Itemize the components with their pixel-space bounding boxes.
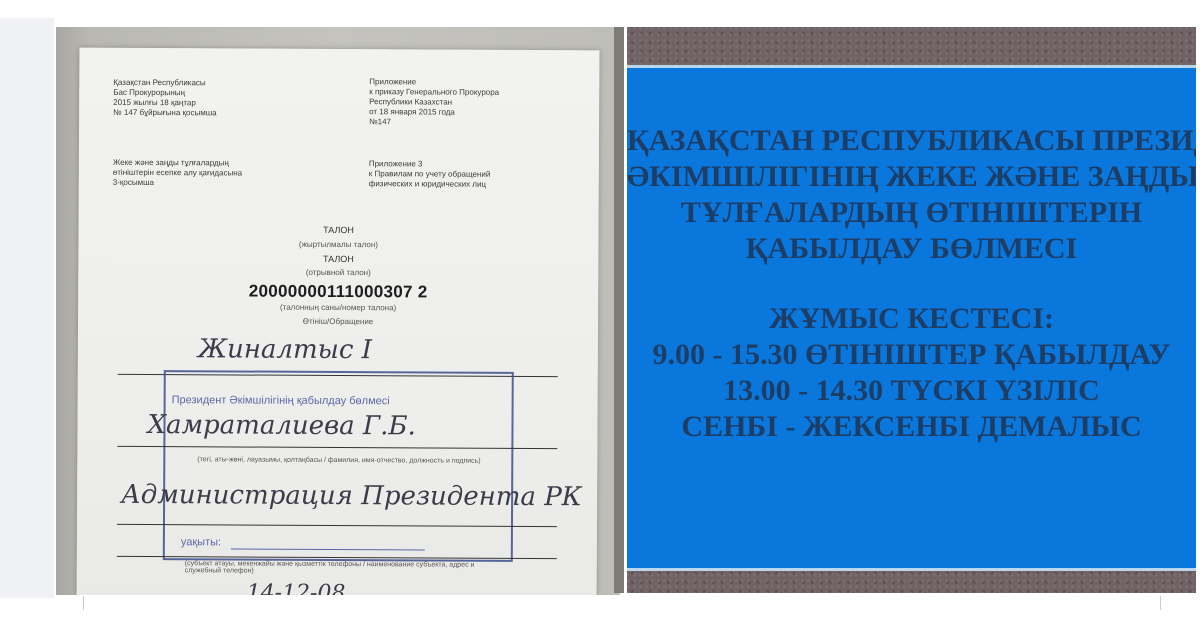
talon-subtitle-ru: (отрывной талон) bbox=[78, 267, 598, 279]
divider-tick bbox=[1160, 596, 1161, 610]
talon-number-caption: (талонның саны/номер талона) bbox=[78, 302, 598, 314]
handwritten-line-2: Хамраталиева Г.Б. bbox=[147, 410, 415, 441]
handwritten-line-1: Жиналтыс І bbox=[198, 334, 372, 365]
talon-document-photo: Қазақстан Республикасы Бас Прокурорының … bbox=[56, 27, 620, 595]
sign-schedule-hours: 9.00 - 15.30 ӨТІНІШТЕР ҚАБЫЛДАУ bbox=[627, 338, 1196, 372]
header-left-kz-appendix: Жеке және заңды тұлғалардың өтініштерін … bbox=[113, 158, 242, 189]
sign-line-3: ТҰЛҒАЛАРДЫҢ ӨТІНІШТЕРІН bbox=[627, 196, 1196, 230]
talon-paper: Қазақстан Республикасы Бас Прокурорының … bbox=[77, 48, 600, 595]
caption-subject: (субъект атауы, мекенжайы және қызметтік… bbox=[185, 560, 475, 576]
sign-schedule-title: ЖҰМЫС КЕСТЕСІ: bbox=[627, 302, 1196, 336]
talon-number: 20000000111000307 2 bbox=[78, 281, 598, 304]
reception-sign-photo: ҚАЗАҚСТАН РЕСПУБЛИКАСЫ ПРЕЗИДЕНТІ ӘКІМШІ… bbox=[627, 27, 1196, 593]
header-right-ru: Приложение к приказу Генерального Прокур… bbox=[369, 77, 499, 128]
header-left-kz: Қазақстан Республикасы Бас Прокурорының … bbox=[113, 78, 217, 119]
sign-line-1: ҚАЗАҚСТАН РЕСПУБЛИКАСЫ ПРЕЗИДЕНТІ bbox=[627, 124, 1196, 158]
stamp-organization: Президент Әкімшілігінің қабылдау бөлмесі bbox=[172, 394, 390, 407]
time-line bbox=[231, 548, 425, 550]
handwritten-line-3: Администрация Президента РК bbox=[121, 480, 582, 512]
sign-line-4: ҚАБЫЛДАУ БӨЛМЕСІ bbox=[627, 232, 1196, 266]
photo-divider bbox=[614, 27, 624, 593]
sign-schedule-weekend: СЕНБІ - ЖЕКСЕНБІ ДЕМАЛЫС bbox=[627, 410, 1196, 444]
page-margin-strip bbox=[0, 18, 54, 598]
appeal-label: Өтініш/Обращение bbox=[78, 316, 598, 328]
sign-line-2: ӘКІМШІЛІГІНІҢ ЖЕКЕ ЖӘНЕ ЗАҢДЫ bbox=[627, 160, 1196, 194]
handwritten-date: 14-12-08 bbox=[247, 581, 346, 595]
talon-title-kz: ТАЛОН bbox=[78, 224, 598, 237]
sign-schedule-lunch: 13.00 - 14.30 ТҮСКІ ҮЗІЛІС bbox=[627, 374, 1196, 408]
header-right-ru-appendix: Приложение 3 к Правилам по учету обращен… bbox=[369, 159, 491, 190]
divider-tick bbox=[83, 596, 84, 610]
talon-title-ru: ТАЛОН bbox=[78, 253, 598, 266]
talon-subtitle-kz: (жыртылмалы талон) bbox=[78, 239, 598, 251]
blue-sign-plate: ҚАЗАҚСТАН РЕСПУБЛИКАСЫ ПРЕЗИДЕНТІ ӘКІМШІ… bbox=[627, 65, 1196, 571]
time-label: уақыты: bbox=[181, 536, 221, 548]
reception-stamp: Президент Әкімшілігінің қабылдау бөлмесі… bbox=[163, 370, 514, 562]
